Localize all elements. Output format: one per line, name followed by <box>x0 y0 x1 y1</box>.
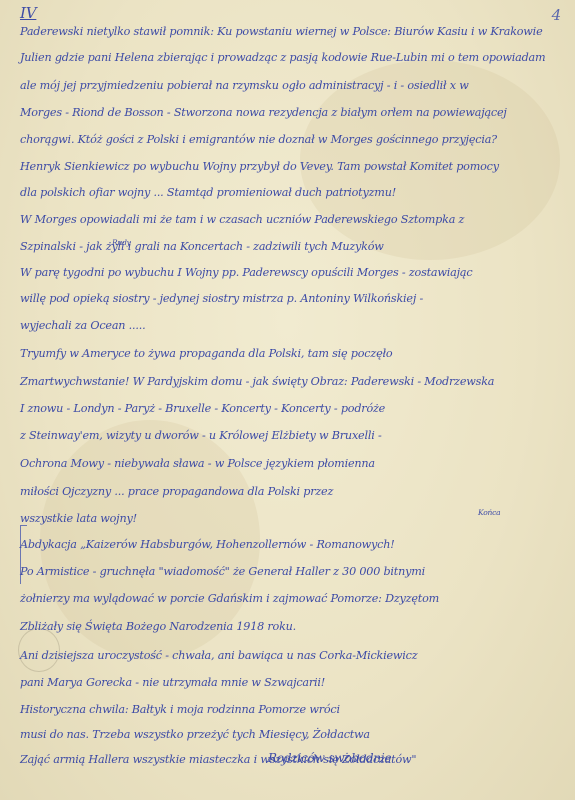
manuscript-line: ale mój jej przyjmiedzeniu pobierał na r… <box>20 78 469 94</box>
interlinear-insert: Rudy <box>112 238 131 247</box>
manuscript-line: willę pod opieką siostry - jedynej siost… <box>20 291 423 307</box>
interlinear-insert: Końca <box>478 508 500 517</box>
manuscript-line: W Morges opowiadali mi że tam i w czasac… <box>20 212 464 228</box>
closing-signature: Rodziców swobodnie <box>268 751 391 765</box>
manuscript-line: Morges - Riond de Bosson - Stworzona now… <box>20 105 507 121</box>
manuscript-line: żołnierzy ma wylądować w porcie Gdańskim… <box>20 591 439 607</box>
manuscript-line: pani Marya Gorecka - nie utrzymała mnie … <box>20 675 325 691</box>
manuscript-line: miłości Ojczyzny ... prace propagandowa … <box>20 484 333 500</box>
manuscript-line: chorągwi. Któż gości z Polski i emigrant… <box>20 132 497 148</box>
manuscript-line: wyjechali za Ocean ..... <box>20 318 145 334</box>
manuscript-line: Abdykacja „Kaizerów Habsburgów, Hohenzol… <box>20 537 395 553</box>
manuscript-line: Henryk Sienkiewicz po wybuchu Wojny przy… <box>20 159 499 175</box>
manuscript-line: Ani dzisiejsza uroczystość - chwała, ani… <box>20 648 417 664</box>
manuscript-line: Zmartwychwstanie! W Pardyjskim domu - ja… <box>20 374 494 390</box>
manuscript-line: wszystkie lata wojny! <box>20 511 137 527</box>
manuscript-line: Paderewski nietylko stawił pomnik: Ku po… <box>20 24 543 40</box>
manuscript-line: Tryumfy w Ameryce to żywa propaganda dla… <box>20 346 392 362</box>
manuscript-line: Historyczna chwila: Bałtyk i moja rodzin… <box>20 702 340 718</box>
manuscript-line: Ochrona Mowy - niebywała sława - w Polsc… <box>20 456 375 472</box>
manuscript-line: W parę tygodni po wybuchu I Wojny pp. Pa… <box>20 265 472 281</box>
manuscript-line: dla polskich ofiar wojny ... Stamtąd pro… <box>20 185 396 201</box>
manuscript-line: I znowu - Londyn - Paryż - Bruxelle - Ko… <box>20 401 385 417</box>
manuscript-line: z Steinway'em, wizyty u dworów - u Królo… <box>20 428 382 444</box>
manuscript-page: IV 4 Paderewski nietylko stawił pomnik: … <box>0 0 575 800</box>
manuscript-line: Julien gdzie pani Helena zbierając i pro… <box>20 50 545 66</box>
manuscript-line: Szpinalski - jak żyli i grali na Koncert… <box>20 239 384 255</box>
manuscript-line: Po Armistice - gruchnęła "wiadomość" że … <box>20 564 425 580</box>
manuscript-line: musi do nas. Trzeba wszystko przeżyć tyc… <box>20 727 370 743</box>
page-number: 4 <box>552 6 561 24</box>
section-numeral: IV <box>20 4 36 22</box>
manuscript-line: Zbliżały się Święta Bożego Narodzenia 19… <box>20 619 296 635</box>
